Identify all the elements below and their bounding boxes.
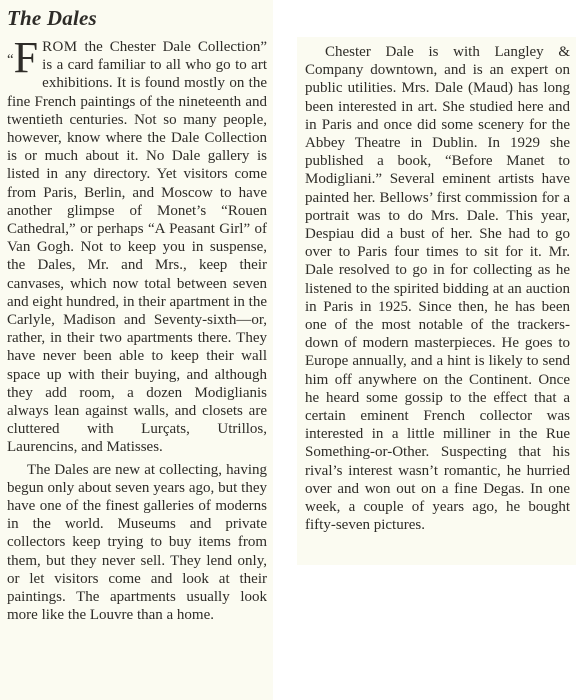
drop-cap-letter: F <box>14 33 38 82</box>
right-column: Chester Dale is with Langley & Company d… <box>297 37 576 565</box>
second-paragraph: The Dales are new at collecting, having … <box>7 461 267 625</box>
article-title: The Dales <box>7 6 267 30</box>
right-paragraph: Chester Dale is with Langley & Company d… <box>305 43 570 534</box>
first-paragraph-text: the Chester Dale Collection” is a card f… <box>7 39 267 455</box>
opening-quote: “ <box>7 52 14 68</box>
left-column: The Dales “FROM the Chester Dale Collect… <box>0 0 273 700</box>
drop-cap: “F <box>7 41 38 75</box>
first-paragraph-lead: ROM <box>42 39 77 55</box>
first-paragraph: “FROM the Chester Dale Collection” is a … <box>7 38 267 457</box>
